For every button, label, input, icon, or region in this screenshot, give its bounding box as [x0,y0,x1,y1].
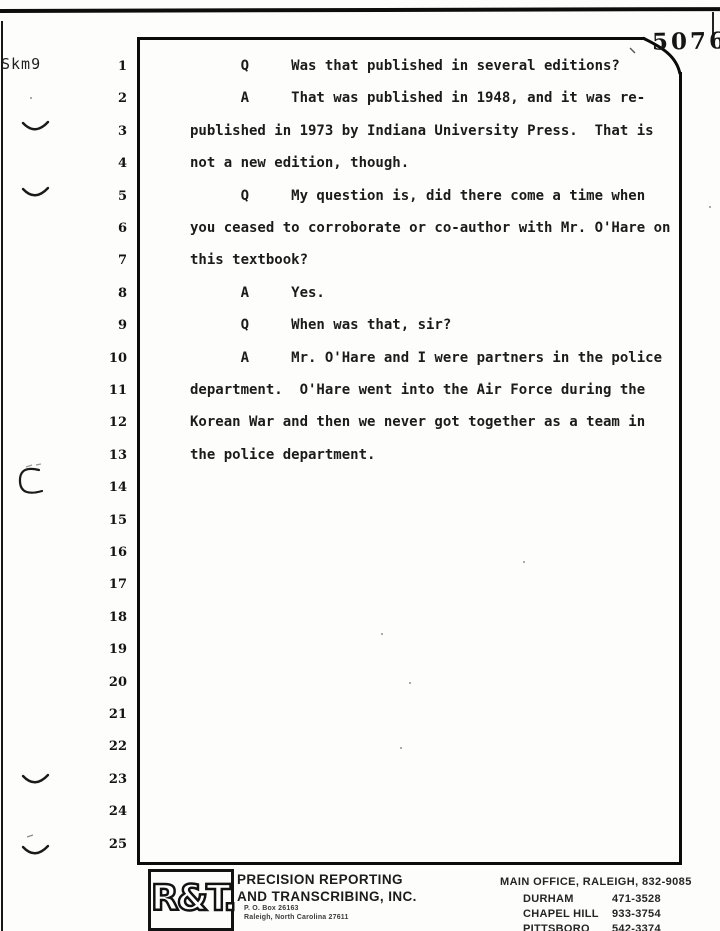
line-number: 7 [95,253,127,268]
line-number: 21 [95,707,127,722]
transcript-line: 1 Q Was that published in several editio… [0,51,720,83]
line-number: 11 [95,383,127,398]
line-number: 5 [95,189,127,204]
line-number: 14 [95,480,127,495]
line-text: not a new edition, though. [190,155,409,171]
line-text: this textbook? [190,252,308,268]
transcript-page: Skm9 5076 1 Q Was that published in seve… [0,0,720,931]
noise-speck [30,97,32,99]
line-number: 1 [95,59,127,74]
line-text: the police department. [190,447,375,463]
line-text: Korean War and then we never got togethe… [190,414,645,430]
transcript-line: 19 [0,634,720,666]
line-number: 4 [95,156,127,171]
line-text: A That was published in 1948, and it was… [190,90,645,106]
transcript-line: 22 [0,731,720,763]
transcript-line: 9 Q When was that, sir? [0,310,720,342]
transcript-line: 10 A Mr. O'Hare and I were partners in t… [0,343,720,375]
line-number: 10 [95,351,127,366]
noise-speck [400,747,402,749]
noise-speck [523,561,525,563]
line-number: 17 [95,577,127,592]
line-number: 23 [95,772,127,787]
line-number: 3 [95,124,127,139]
line-number: 15 [95,513,127,528]
line-text: A Yes. [190,285,325,301]
office-phone: 471-3528 [612,893,661,905]
transcript-line: 13 the police department. [0,440,720,472]
transcript-line: 4 not a new edition, though. [0,148,720,180]
line-number: 6 [95,221,127,236]
box-border-top [137,37,644,40]
line-text: department. O'Hare went into the Air For… [190,382,645,398]
line-number: 12 [95,415,127,430]
transcript-line: 15 [0,505,720,537]
office-city: CHAPEL HILL [523,908,599,920]
line-text: published in 1973 by Indiana University … [190,123,654,139]
noise-speck [381,633,383,635]
line-text: A Mr. O'Hare and I were partners in the … [190,350,662,366]
noise-speck [409,682,411,684]
line-number: 24 [95,804,127,819]
main-office-phone: MAIN OFFICE, RALEIGH, 832-9085 [500,876,692,888]
transcript-line: 20 [0,667,720,699]
office-phone-row: CHAPEL HILL 933-3754 [0,908,720,923]
noise-speck [709,206,711,208]
box-border-bottom [137,862,682,865]
line-text: Q When was that, sir? [190,317,451,333]
transcript-line: 18 [0,602,720,634]
line-number: 8 [95,286,127,301]
transcript-line: 8 A Yes. [0,278,720,310]
company-name-line1: PRECISION REPORTING [237,871,417,888]
line-number: 2 [95,91,127,106]
line-number: 22 [95,739,127,754]
office-city: PITTSBORO [523,923,590,931]
transcript-line: 21 [0,699,720,731]
line-number: 9 [95,318,127,333]
line-text: you ceased to corroborate or co-author w… [190,220,670,236]
office-phone: 542-3374 [612,923,661,931]
office-city: DURHAM [523,893,574,905]
line-number: 19 [95,642,127,657]
transcript-line: 14 [0,472,720,504]
line-number: 13 [95,448,127,463]
transcript-line: 17 [0,569,720,601]
office-phone-row: PITTSBORO 542-3374 [0,923,720,931]
transcript-line: 16 [0,537,720,569]
transcript-line: 7 this textbook? [0,245,720,277]
transcript-line: 12 Korean War and then we never got toge… [0,407,720,439]
line-number: 16 [95,545,127,560]
line-number: 18 [95,610,127,625]
line-number: 25 [95,837,127,852]
transcript-line: 2 A That was published in 1948, and it w… [0,83,720,115]
top-edge-rule [0,7,720,13]
transcript-line: 11 department. O'Hare went into the Air … [0,375,720,407]
transcript-line: 25 [0,829,720,861]
line-text: Q Was that published in several editions… [190,58,620,74]
transcript-line: 23 [0,764,720,796]
transcript-line: 6 you ceased to corroborate or co-author… [0,213,720,245]
office-phone: 933-3754 [612,908,661,920]
transcript-line: 3 published in 1973 by Indiana Universit… [0,116,720,148]
office-phone-row: DURHAM 471-3528 [0,893,720,908]
line-number: 20 [95,675,127,690]
line-text: Q My question is, did there come a time … [190,188,645,204]
transcript-line: 5 Q My question is, did there come a tim… [0,181,720,213]
transcript-line: 24 [0,796,720,828]
